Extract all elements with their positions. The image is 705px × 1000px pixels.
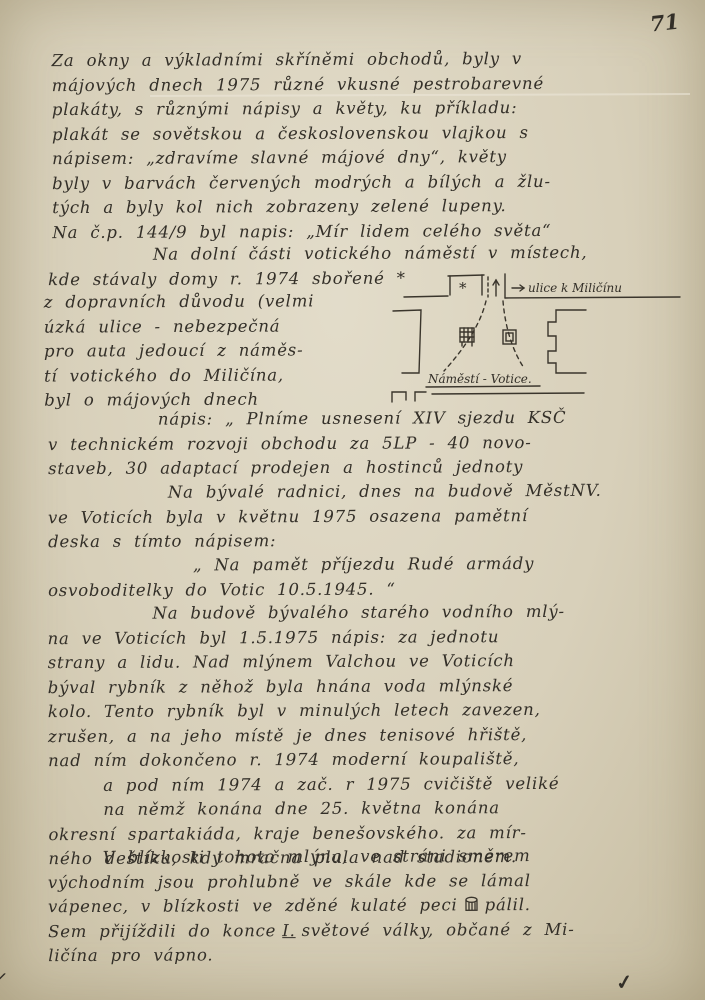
text-line: V blízkosti tohoto mlýna, ve stráni směr… [48,844,575,871]
text-segment: Sem přijíždili do konce [48,921,276,941]
text-line: úzká ulice - nebezpečná [44,314,315,340]
text-line: májových dnech 1975 různé vkusné pestrob… [52,71,551,98]
paragraph-4: Na bývalé radnici, dnes na budově MěstNV… [48,479,602,555]
east-block-outline [548,310,586,373]
text-line: plakát se sovětskou a československou vl… [52,120,551,147]
text-line: pro auta jedoucí z náměs- [44,338,315,364]
text-line: vápenec, v blízkosti ve zděné kulaté pec… [48,893,575,920]
road-edge-dashed-left [444,301,486,371]
square-label-underline [426,386,540,387]
text-line: okresní spartakiáda, kraje benešovského.… [48,820,565,847]
plaque-quote: „ Na pamět příjezdu Rudé armády osvobodi… [48,552,534,603]
text-segment: světové války, občané z Mi- [302,919,575,939]
checkmark: ✓ [614,969,634,995]
text-line: nápisem: „zdravíme slavné májové dny“, k… [52,145,551,172]
text-line: v technickém rozvoji obchodu za 5LP - 40… [48,430,567,457]
page-number: 71 [649,9,681,37]
text-line: byly v barvách červených modrých a bílýc… [52,169,551,196]
text-line: býval rybník z něhož byla hnána voda mlý… [48,673,565,700]
text-line: z dopravních důvodu (velmi [44,289,315,315]
text-line: plakáty, s různými nápisy a květy, ku př… [52,96,551,123]
street-line-right [505,297,680,298]
text-line: Na bývalé radnici, dnes na budově MěstNV… [48,479,602,506]
edge-tick-mark: ⁄ [0,968,3,992]
votice-square-map-sketch: * ulice k Miličínu [388,264,688,408]
text-line: nápis: „ Plníme usnesení XIV sjezdu KSČ [48,406,567,433]
street-line-left [404,296,448,297]
text-line: Sem přijíždili do konceI.světové války, … [48,917,575,944]
manuscript-page: 71 Za okny a výkladními skříněmi obchodů… [0,0,705,1000]
street-label: ulice k Miličínu [528,281,622,295]
text-line: a pod ním 1974 a zač. r 1975 cvičiště ve… [48,771,565,798]
demolished-house-star: * [459,279,467,297]
text-line: Za okny a výkladními skříněmi obchodů, b… [52,47,551,74]
south-block-outline [392,392,584,402]
text-line: ve Voticích byla v květnu 1975 osazena p… [48,503,602,530]
text-line: kolo. Tento rybník byl v minulých letech… [48,698,565,725]
paragraph-2-column: z dopravních důvodu (velmi úzká ulice - … [44,289,315,413]
text-line: deska s tímto nápisem: [48,528,602,555]
text-line: na ve Voticích byl 1.5.1975 nápis: za je… [48,624,565,651]
text-line: tí votického do Miličína, [44,363,315,389]
text-line: východním jsou prohlubně ve skále kde se… [48,868,575,895]
north-arrow-icon [493,280,499,296]
paragraph-1: Za okny a výkladními skříněmi obchodů, b… [52,47,552,245]
paragraph-3: nápis: „ Plníme usnesení XIV sjezdu KSČ … [48,406,567,482]
quote-line: „ Na pamět příjezdu Rudé armády [48,552,534,579]
text-line: zrušen, a na jeho místě je dnes tenisové… [48,722,565,749]
text-segment: pálil. [485,895,531,914]
square-label: Náměstí - Votice. [427,372,532,386]
text-line: na němž konána dne 25. května konána [48,796,565,823]
paragraph-5: Na budově bývalého starého vodního mlý- … [47,600,566,872]
text-line: strany a lidu. Nad mlýnem Valchou ve Vot… [48,649,565,676]
kiln-icon [464,896,479,913]
text-segment: vápenec, v blízkosti ve zděné kulaté pec… [48,895,458,916]
text-line: ličína pro vápno. [48,942,575,969]
text-line: tých a byly kol nich zobrazeny zelené lu… [52,194,551,221]
paragraph-6: V blízkosti tohoto mlýna, ve stráni směr… [48,844,575,969]
text-line: nad ním dokončeno r. 1974 moderní koupal… [48,747,565,774]
hatched-building [460,328,474,346]
text-line: staveb, 30 adaptací prodejen a hostinců … [48,455,567,482]
west-block-outline [393,310,421,373]
text-line: Na budově bývalého starého vodního mlý- [47,600,564,627]
underlined-numeral: I. [282,921,295,940]
street-arrow-icon [512,285,524,291]
quote-line: osvoboditelky do Votic 10.5.1945. “ [48,576,534,603]
